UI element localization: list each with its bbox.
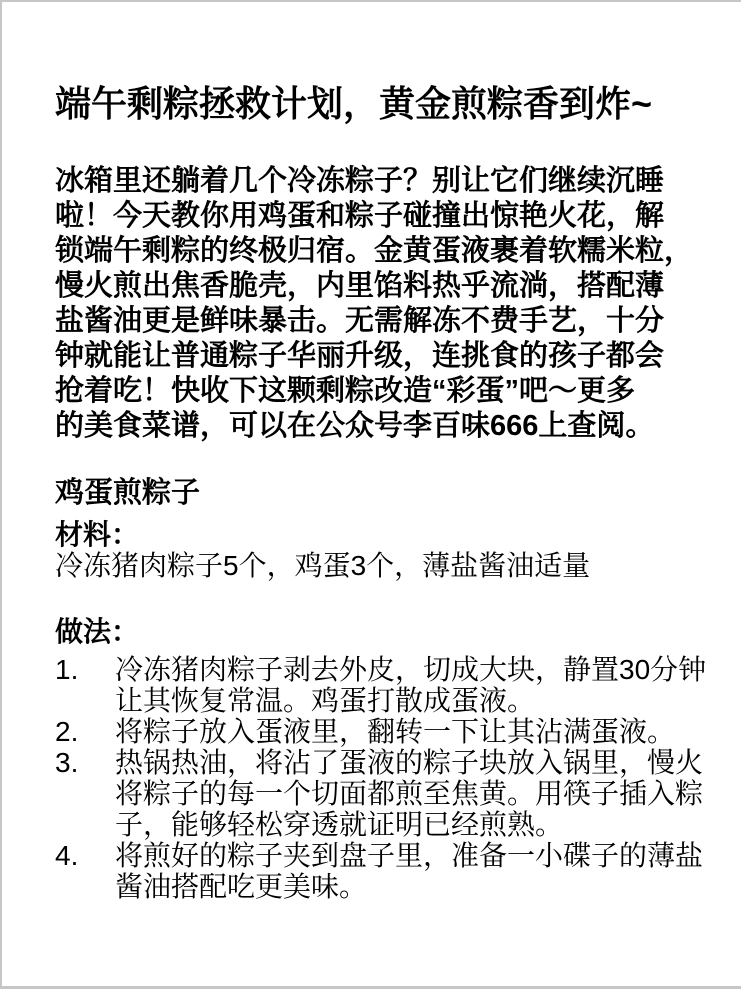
- step-line: 将粽子的每一个切面都煎至焦黄。用筷子插入粽: [115, 778, 711, 809]
- step-text: 冷冻猪肉粽子剥去外皮，切成大块，静置30分钟让其恢复常温。鸡蛋打散成蛋液。: [115, 654, 711, 716]
- intro-line: 抢着吃！快收下这颗剩粽改造“彩蛋”吧～更多: [55, 374, 711, 409]
- materials-label: 材料：: [55, 519, 711, 550]
- step-line: 将煎好的粽子夹到盘子里，准备一小碟子的薄盐: [115, 840, 711, 871]
- materials-text: 冷冻猪肉粽子5个，鸡蛋3个，薄盐酱油适量: [55, 550, 711, 581]
- article-title: 端午剩粽拯救计划，黄金煎粽香到炸~: [55, 82, 711, 126]
- intro-line: 啦！今天教你用鸡蛋和粽子碰撞出惊艳火花，解: [55, 199, 711, 234]
- step-text: 将粽子放入蛋液里，翻转一下让其沾满蛋液。: [115, 716, 711, 747]
- step-line: 子，能够轻松穿透就证明已经煎熟。: [115, 809, 711, 840]
- step-number: 4.: [55, 840, 115, 871]
- step-line: 将粽子放入蛋液里，翻转一下让其沾满蛋液。: [115, 716, 711, 747]
- intro-line: 钟就能让普通粽子华丽升级，连挑食的孩子都会: [55, 339, 711, 374]
- step-line: 让其恢复常温。鸡蛋打散成蛋液。: [115, 685, 711, 716]
- step-number: 1.: [55, 654, 115, 685]
- step-item: 3.热锅热油，将沾了蛋液的粽子块放入锅里，慢火将粽子的每一个切面都煎至焦黄。用筷…: [55, 747, 711, 840]
- intro-line: 慢火煎出焦香脆壳，内里馅料热乎流淌，搭配薄: [55, 269, 711, 304]
- recipe-title: 鸡蛋煎粽子: [55, 476, 711, 511]
- step-line: 热锅热油，将沾了蛋液的粽子块放入锅里，慢火: [115, 747, 711, 778]
- intro-line: 冰箱里还躺着几个冷冻粽子？别让它们继续沉睡: [55, 164, 711, 199]
- document-page: 端午剩粽拯救计划，黄金煎粽香到炸~ 冰箱里还躺着几个冷冻粽子？别让它们继续沉睡啦…: [0, 0, 741, 989]
- step-item: 1.冷冻猪肉粽子剥去外皮，切成大块，静置30分钟让其恢复常温。鸡蛋打散成蛋液。: [55, 654, 711, 716]
- step-text: 热锅热油，将沾了蛋液的粽子块放入锅里，慢火将粽子的每一个切面都煎至焦黄。用筷子插…: [115, 747, 711, 840]
- intro-paragraph: 冰箱里还躺着几个冷冻粽子？别让它们继续沉睡啦！今天教你用鸡蛋和粽子碰撞出惊艳火花…: [55, 164, 711, 444]
- step-number: 2.: [55, 716, 115, 747]
- step-text: 将煎好的粽子夹到盘子里，准备一小碟子的薄盐酱油搭配吃更美味。: [115, 840, 711, 902]
- step-item: 2.将粽子放入蛋液里，翻转一下让其沾满蛋液。: [55, 716, 711, 747]
- step-line: 酱油搭配吃更美味。: [115, 871, 711, 902]
- intro-line: 盐酱油更是鲜味暴击。无需解冻不费手艺，十分: [55, 304, 711, 339]
- intro-line: 的美食菜谱，可以在公众号李百味666上查阅。: [55, 409, 711, 444]
- step-line: 冷冻猪肉粽子剥去外皮，切成大块，静置30分钟: [115, 654, 711, 685]
- step-item: 4.将煎好的粽子夹到盘子里，准备一小碟子的薄盐酱油搭配吃更美味。: [55, 840, 711, 902]
- steps-label: 做法：: [55, 616, 711, 647]
- step-number: 3.: [55, 747, 115, 778]
- steps-list: 1.冷冻猪肉粽子剥去外皮，切成大块，静置30分钟让其恢复常温。鸡蛋打散成蛋液。2…: [55, 654, 711, 902]
- intro-line: 锁端午剩粽的终极归宿。金黄蛋液裹着软糯米粒，: [55, 234, 711, 269]
